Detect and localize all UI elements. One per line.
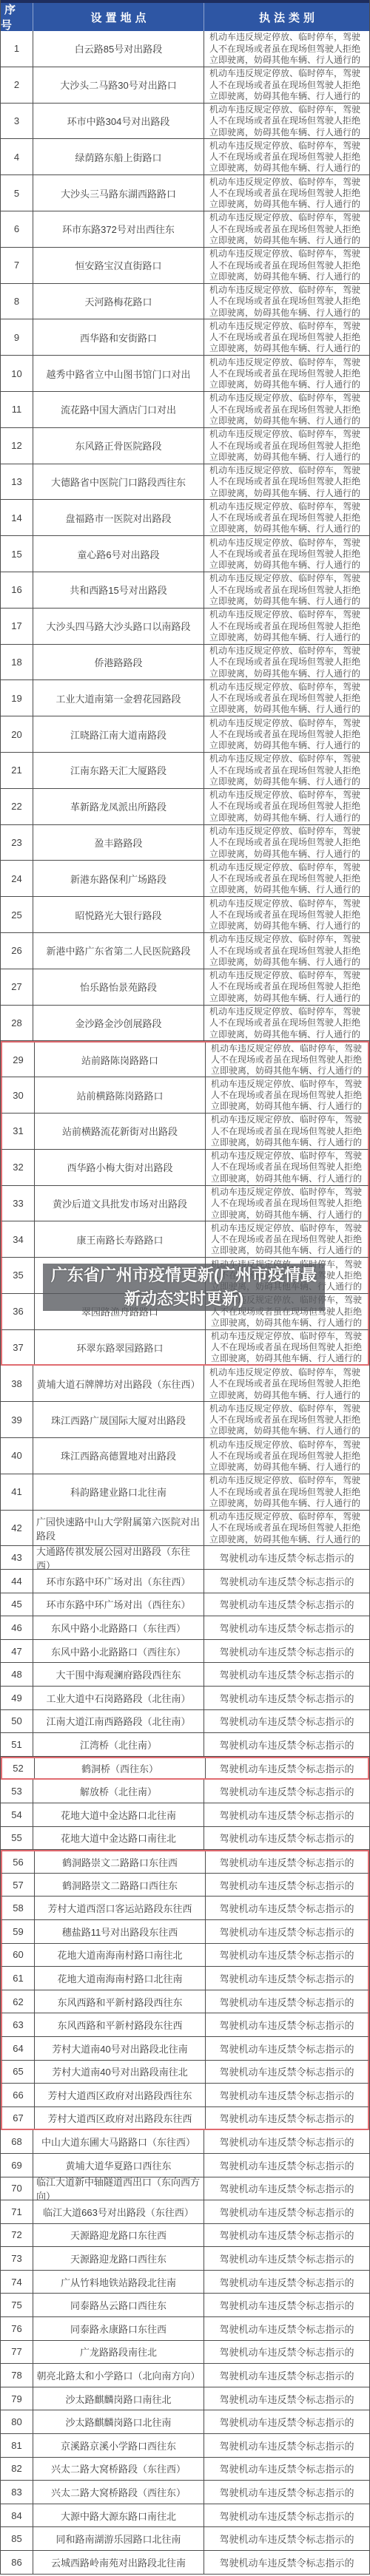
- row-category-cell: 机动车违反规定停放、临时停车，驾驶人不在现场或者虽在现场但驾驶人拒绝立即驶离，妨…: [204, 500, 369, 535]
- row-number-cell: 76: [1, 2317, 33, 2340]
- row-location-cell: 同和路南湖游乐园路口北往南: [33, 2527, 204, 2550]
- table-row: 69黄埔大道华夏路口西往东驾驶机动车违反禁令标志指示的: [1, 2154, 369, 2177]
- row-number-cell: 5: [1, 175, 33, 211]
- row-number-cell: 72: [1, 2224, 33, 2247]
- row-number-cell: 82: [1, 2458, 33, 2481]
- table-row: 68中山大道东圃大马路路口（东往西）驾驶机动车违反禁令标志指示的: [1, 2130, 369, 2154]
- row-category-cell: 驾驶机动车违反禁令标志指示的: [206, 1758, 368, 1779]
- table-row: 42广园快速路中山大学附属第六医院对出路段机动车违反规定停放、临时停车，驾驶人不…: [1, 1511, 369, 1547]
- row-number-cell: 24: [1, 861, 33, 896]
- row-category-cell: 驾驶机动车违反禁令标志指示的: [204, 2387, 369, 2410]
- table-row: 76同泰路永康路口东往西驾驶机动车违反禁令标志指示的: [1, 2317, 369, 2341]
- row-number-cell: 49: [1, 1687, 33, 1709]
- row-category-cell: 驾驶机动车违反禁令标志指示的: [206, 1990, 368, 2013]
- row-location-cell: 大沙头三马路东湖西路路口: [33, 175, 204, 211]
- row-number-cell: 68: [1, 2130, 33, 2153]
- table-row: 84大源中路大源东路口南往北驾驶机动车违反禁令标志指示的: [1, 2504, 369, 2528]
- row-number-cell: 75: [1, 2294, 33, 2316]
- row-category-cell: 驾驶机动车违反禁令标志指示的: [206, 2061, 368, 2084]
- table-row: 86云城西路岭南苑对出路段北往南驾驶机动车违反禁令标志指示的: [1, 2551, 369, 2575]
- row-location-cell: 珠江西路广晟国际大厦对出路段: [33, 1402, 204, 1437]
- table-row: 45环市东路中环广场对出（西往东）驾驶机动车违反禁令标志指示的: [1, 1593, 369, 1617]
- row-location-cell: 大沙头四马路大沙头路口以南路段: [33, 609, 204, 644]
- table-row: 28金沙路金沙创展路段机动车违反规定停放、临时停车，驾驶人不在现场或者虽在现场但…: [1, 1006, 369, 1042]
- row-number-cell: 33: [2, 1186, 35, 1221]
- row-location-cell: 芳村大道西区政府对出路段东往西: [35, 2107, 206, 2129]
- row-number-cell: 34: [2, 1221, 35, 1257]
- table-row: 34康王南路长寿路路口机动车违反规定停放、临时停车，驾驶人不在现场或者虽在现场但…: [1, 1221, 369, 1258]
- table-row: 59穗盐路11号对出路段东往西驾驶机动车违反禁令标志指示的: [1, 1920, 369, 1944]
- row-location-cell: 西华路和安街路口: [33, 319, 204, 355]
- watermark-title-line1: 广东省广州市疫情更新(广州市疫情最: [51, 1264, 317, 1287]
- table-row: 29站前路陈岗路路口机动车违反规定停放、临时停车，驾驶人不在现场或者虽在现场但驾…: [1, 1041, 369, 1077]
- table-row: 63东风西路和平新村路段东往西驾驶机动车违反禁令标志指示的: [1, 2013, 369, 2037]
- row-location-cell: 同泰路丛云路口西往东: [33, 2294, 204, 2316]
- row-number-cell: 7: [1, 248, 33, 283]
- row-location-cell: 花地大道南海南村路口北往南: [35, 1967, 206, 1990]
- row-category-cell: 驾驶机动车违反禁令标志指示的: [204, 1640, 369, 1663]
- row-location-cell: 鹤洞路崇文二路路口东往西: [35, 1851, 206, 1873]
- table-row: 24新港东路保利广场路段机动车违反规定停放、临时停车，驾驶人不在现场或者虽在现场…: [1, 861, 369, 897]
- table-row: 52鹤洞桥（西往东）驾驶机动车违反禁令标志指示的: [1, 1757, 369, 1780]
- row-location-cell: 环翠东路翠园路路口: [35, 1330, 206, 1365]
- row-category-cell: 机动车违反规定停放、临时停车，驾驶人不在现场或者虽在现场但驾驶人拒绝立即驶离，妨…: [204, 464, 369, 500]
- table-row: 11流花路中国大酒店门口对出机动车违反规定停放、临时停车，驾驶人不在现场或者虽在…: [1, 392, 369, 428]
- row-number-cell: 78: [1, 2364, 33, 2387]
- row-number-cell: 27: [1, 969, 33, 1005]
- row-location-cell: 京溪路京溪小学路口西往东: [33, 2434, 204, 2457]
- row-category-cell: 驾驶机动车违反禁令标志指示的: [204, 2410, 369, 2433]
- table-row: 26新港中路广东省第二人民医院路段机动车违反规定停放、临时停车，驾驶人不在现场或…: [1, 933, 369, 969]
- table-row: 60花地大道南海南村路口南往北驾驶机动车违反禁令标志指示的: [1, 1944, 369, 1967]
- row-number-cell: 8: [1, 284, 33, 319]
- row-category-cell: 驾驶机动车违反禁令标志指示的: [204, 2130, 369, 2153]
- row-number-cell: 46: [1, 1616, 33, 1639]
- table-row: 55花地大道中金达路口南往北驾驶机动车违反禁令标志指示的: [1, 1827, 369, 1851]
- row-number-cell: 70: [1, 2177, 33, 2200]
- row-location-cell: 共和西路15号对出路段: [33, 572, 204, 608]
- row-location-cell: 芳村大道南40号对出路段南往北: [35, 2061, 206, 2084]
- row-category-cell: 机动车违反规定停放、临时停车，驾驶人不在现场或者虽在现场但驾驶人拒绝立即驶离，妨…: [206, 1150, 368, 1185]
- row-location-cell: 童心路6号对出路段: [33, 536, 204, 572]
- table-row: 72天源路迎龙路口东往西驾驶机动车违反禁令标志指示的: [1, 2224, 369, 2248]
- row-number-cell: 42: [1, 1511, 33, 1546]
- row-category-cell: 机动车违反规定停放、临时停车，驾驶人不在现场或者虽在现场但驾驶人拒绝立即驶离，妨…: [204, 67, 369, 103]
- row-category-cell: 机动车违反规定停放、临时停车，驾驶人不在现场或者虽在现场但驾驶人拒绝立即驶离，妨…: [204, 211, 369, 247]
- table-row: 70临江大道新中轴隧道西出口（东向西方向）驾驶机动车违反禁令标志指示的: [1, 2177, 369, 2201]
- row-category-cell: 驾驶机动车违反禁令标志指示的: [206, 1851, 368, 1873]
- row-category-cell: 机动车违反规定停放、临时停车，驾驶人不在现场或者虽在现场但驾驶人拒绝立即驶离，妨…: [204, 1438, 369, 1474]
- row-category-cell: 驾驶机动车违反禁令标志指示的: [206, 1874, 368, 1897]
- table-row: 4绿荫路东船上街路口机动车违反规定停放、临时停车，驾驶人不在现场或者虽在现场但驾…: [1, 139, 369, 175]
- row-category-cell: 驾驶机动车违反禁令标志指示的: [206, 1920, 368, 1943]
- row-category-cell: 驾驶机动车违反禁令标志指示的: [204, 1710, 369, 1733]
- row-category-cell: 机动车违反规定停放、临时停车，驾驶人不在现场或者虽在现场但驾驶人拒绝立即驶离，妨…: [206, 1114, 368, 1149]
- table-row: 78朝亮北路太和小学路口（北向南方向）驾驶机动车违反禁令标志指示的: [1, 2364, 369, 2387]
- row-location-cell: 大干围中海观澜府路段西往东: [33, 1663, 204, 1686]
- row-number-cell: 12: [1, 428, 33, 464]
- row-category-cell: 机动车违反规定停放、临时停车，驾驶人不在现场或者虽在现场但驾驶人拒绝立即驶离，妨…: [204, 175, 369, 211]
- row-category-cell: 驾驶机动车违反禁令标志指示的: [204, 2458, 369, 2481]
- row-category-cell: 机动车违反规定停放、临时停车，驾驶人不在现场或者虽在现场但驾驶人拒绝立即驶离，妨…: [206, 1077, 368, 1113]
- table-row: 64芳村大道南40号对出路段北往南驾驶机动车违反禁令标志指示的: [1, 2037, 369, 2061]
- row-number-cell: 53: [1, 1780, 33, 1803]
- row-category-cell: 驾驶机动车违反禁令标志指示的: [204, 1780, 369, 1803]
- table-row: 9西华路和安街路口机动车违反规定停放、临时停车，驾驶人不在现场或者虽在现场但驾驶…: [1, 319, 369, 356]
- table-header-row: 序号 设置地点 执法类别: [1, 0, 369, 31]
- row-number-cell: 81: [1, 2434, 33, 2457]
- row-location-cell: 芳村大道西滘口客运站路段东往西: [35, 1897, 206, 1919]
- row-category-cell: 机动车违反规定停放、临时停车，驾驶人不在现场或者虽在现场但驾驶人拒绝立即驶离，妨…: [204, 645, 369, 680]
- row-location-cell: 昭悦路光大银行路段: [33, 897, 204, 932]
- row-number-cell: 26: [1, 933, 33, 969]
- table-row: 12东风路正骨医院路段机动车违反规定停放、临时停车，驾驶人不在现场或者虽在现场但…: [1, 428, 369, 464]
- row-location-cell: 花地大道中金达路口南往北: [33, 1827, 204, 1850]
- row-location-cell: 工业大道中石岗路路段（北往南）: [33, 1687, 204, 1709]
- row-number-cell: 4: [1, 139, 33, 174]
- row-number-cell: 37: [2, 1330, 35, 1365]
- row-category-cell: 机动车违反规定停放、临时停车，驾驶人不在现场或者虽在现场但驾驶人拒绝立即驶离，妨…: [204, 248, 369, 283]
- table-row: 81京溪路京溪小学路口西往东驾驶机动车违反禁令标志指示的: [1, 2434, 369, 2458]
- row-location-cell: 临江大道663号对出路段（东往西）: [33, 2200, 204, 2223]
- table-row: 14盘福路市一医院对出路段机动车违反规定停放、临时停车，驾驶人不在现场或者虽在现…: [1, 500, 369, 536]
- table-row: 53解放桥（北往南）驾驶机动车违反禁令标志指示的: [1, 1780, 369, 1803]
- row-number-cell: 67: [2, 2107, 35, 2129]
- table-row: 8天河路梅花路口机动车违反规定停放、临时停车，驾驶人不在现场或者虽在现场但驾驶人…: [1, 284, 369, 320]
- row-number-cell: 10: [1, 356, 33, 391]
- row-number-cell: 45: [1, 1593, 33, 1616]
- row-number-cell: 66: [2, 2084, 35, 2106]
- row-category-cell: 驾驶机动车违反禁令标志指示的: [206, 2084, 368, 2106]
- table-row: 66芳村大道西区政府对出路段西往东驾驶机动车违反禁令标志指示的: [1, 2084, 369, 2107]
- row-location-cell: 同泰路永康路口东往西: [33, 2317, 204, 2340]
- row-category-cell: 机动车违反规定停放、临时停车，驾驶人不在现场或者虽在现场但驾驶人拒绝立即驶离，妨…: [204, 104, 369, 139]
- row-category-cell: 机动车违反规定停放、临时停车，驾驶人不在现场或者虽在现场但驾驶人拒绝立即驶离，妨…: [204, 897, 369, 932]
- row-category-cell: 机动车违反规定停放、临时停车，驾驶人不在现场或者虽在现场但驾驶人拒绝立即驶离，妨…: [206, 1043, 368, 1077]
- row-category-cell: 机动车违反规定停放、临时停车，驾驶人不在现场或者虽在现场但驾驶人拒绝立即驶离，妨…: [204, 1006, 369, 1041]
- row-category-cell: 机动车违反规定停放、临时停车，驾驶人不在现场或者虽在现场但驾驶人拒绝立即驶离，妨…: [204, 753, 369, 788]
- table-row: 74广从竹料地铁站路段北往南驾驶机动车违反禁令标志指示的: [1, 2271, 369, 2294]
- row-location-cell: 站前横路陈岗路路口: [35, 1077, 206, 1113]
- table-row: 32西华路小梅大街对出路段机动车违反规定停放、临时停车，驾驶人不在现场或者虽在现…: [1, 1150, 369, 1186]
- table-row: 85同和路南湖游乐园路口北往南驾驶机动车违反禁令标志指示的: [1, 2527, 369, 2551]
- row-number-cell: 71: [1, 2200, 33, 2223]
- row-category-cell: 机动车违反规定停放、临时停车，驾驶人不在现场或者虽在现场但驾驶人拒绝立即驶离，妨…: [204, 609, 369, 644]
- row-location-cell: 天河路梅花路口: [33, 284, 204, 319]
- table-row: 73天源路迎龙路口西往东驾驶机动车违反禁令标志指示的: [1, 2247, 369, 2271]
- row-number-cell: 15: [1, 536, 33, 572]
- table-row: 79沙太路麒麟岗路口南往北驾驶机动车违反禁令标志指示的: [1, 2387, 369, 2411]
- table-row: 17大沙头四马路大沙头路口以南路段机动车违反规定停放、临时停车，驾驶人不在现场或…: [1, 609, 369, 645]
- row-category-cell: 驾驶机动车违反禁令标志指示的: [204, 2527, 369, 2550]
- row-location-cell: 大德路省中医院门口路段西往东: [33, 464, 204, 500]
- row-location-cell: 大源中路大源东路口南往北: [33, 2504, 204, 2527]
- row-category-cell: 驾驶机动车违反禁令标志指示的: [204, 2364, 369, 2387]
- row-number-cell: 69: [1, 2154, 33, 2177]
- row-category-cell: 机动车违反规定停放、临时停车，驾驶人不在现场或者虽在现场但驾驶人拒绝立即驶离，妨…: [204, 31, 369, 67]
- row-number-cell: 1: [1, 31, 33, 67]
- row-location-cell: 黄沙后道文具批发市场对出路段: [35, 1186, 206, 1221]
- row-number-cell: 31: [2, 1114, 35, 1149]
- row-location-cell: 怡乐路怡景苑路段: [33, 969, 204, 1005]
- table-row: 38黄埔大道石牌牌坊对出路段（东往西）机动车违反规定停放、临时停车，驾驶人不在现…: [1, 1366, 369, 1402]
- table-row: 33黄沙后道文具批发市场对出路段机动车违反规定停放、临时停车，驾驶人不在现场或者…: [1, 1186, 369, 1222]
- row-category-cell: 机动车违反规定停放、临时停车，驾驶人不在现场或者虽在现场但驾驶人拒绝立即驶离，妨…: [204, 392, 369, 427]
- row-location-cell: 盘福路市一医院对出路段: [33, 500, 204, 535]
- row-location-cell: 中山大道东圃大马路路口（东往西）: [33, 2130, 204, 2153]
- row-category-cell: 驾驶机动车违反禁令标志指示的: [204, 1733, 369, 1756]
- table-row: 57鹤洞路崇文二路路口西往东驾驶机动车违反禁令标志指示的: [1, 1874, 369, 1897]
- row-location-cell: 站前横路流花新街对出路段: [35, 1114, 206, 1149]
- header-cell-number: 序号: [1, 3, 33, 31]
- row-location-cell: 工业大道南第一金碧花园路段: [33, 680, 204, 716]
- row-number-cell: 59: [2, 1920, 35, 1943]
- row-number-cell: 17: [1, 609, 33, 644]
- row-location-cell: 云城西路岭南苑对出路段北往南: [33, 2551, 204, 2574]
- row-location-cell: 江南东路天汇大厦路段: [33, 753, 204, 788]
- row-category-cell: 驾驶机动车违反禁令标志指示的: [204, 2504, 369, 2527]
- row-location-cell: 广从竹料地铁站路段北往南: [33, 2271, 204, 2294]
- row-number-cell: 16: [1, 572, 33, 608]
- row-number-cell: 80: [1, 2410, 33, 2433]
- row-location-cell: 环市中路304号对出路段: [33, 104, 204, 139]
- row-category-cell: 驾驶机动车违反禁令标志指示的: [204, 1827, 369, 1850]
- row-location-cell: 广园快速路中山大学附属第六医院对出路段: [33, 1511, 204, 1546]
- row-category-cell: 机动车违反规定停放、临时停车，驾驶人不在现场或者虽在现场但驾驶人拒绝立即驶离，妨…: [204, 680, 369, 716]
- enforcement-locations-table: 序号 设置地点 执法类别 1白云路85号对出路段机动车违反规定停放、临时停车，驾…: [0, 0, 370, 2575]
- row-number-cell: 52: [2, 1758, 35, 1779]
- row-category-cell: 驾驶机动车违反禁令标志指示的: [204, 1546, 369, 1569]
- header-cell-category: 执法类别: [204, 3, 369, 31]
- row-location-cell: 沙太路麒麟岗路口北往南: [33, 2410, 204, 2433]
- row-number-cell: 85: [1, 2527, 33, 2550]
- row-location-cell: 东风西路和平新村路段西往东: [35, 1990, 206, 2013]
- watermark-title-line2: 新动态实时更新): [124, 1287, 243, 1311]
- row-category-cell: 驾驶机动车违反禁令标志指示的: [204, 1570, 369, 1593]
- row-location-cell: 流花路中国大酒店门口对出: [33, 392, 204, 427]
- row-category-cell: 驾驶机动车违反禁令标志指示的: [204, 2434, 369, 2457]
- row-number-cell: 18: [1, 645, 33, 680]
- row-number-cell: 38: [1, 1366, 33, 1401]
- table-row: 56鹤洞路崇文二路路口东往西驾驶机动车违反禁令标志指示的: [1, 1850, 369, 1874]
- row-location-cell: 花地大道南海南村路口南往北: [35, 1944, 206, 1967]
- table-row: 16共和西路15号对出路段机动车违反规定停放、临时停车，驾驶人不在现场或者虽在现…: [1, 572, 369, 609]
- row-category-cell: 驾驶机动车违反禁令标志指示的: [204, 1616, 369, 1639]
- table-row: 49工业大道中石岗路路段（北往南）驾驶机动车违反禁令标志指示的: [1, 1687, 369, 1710]
- table-row: 77广龙路路段南往北驾驶机动车违反禁令标志指示的: [1, 2341, 369, 2365]
- row-location-cell: 白云路85号对出路段: [33, 31, 204, 67]
- table-row: 71临江大道663号对出路段（东往西）驾驶机动车违反禁令标志指示的: [1, 2200, 369, 2224]
- row-number-cell: 57: [2, 1874, 35, 1897]
- row-number-cell: 20: [1, 716, 33, 752]
- row-number-cell: 11: [1, 392, 33, 427]
- row-category-cell: 驾驶机动车违反禁令标志指示的: [204, 1803, 369, 1826]
- row-category-cell: 机动车违反规定停放、临时停车，驾驶人不在现场或者虽在现场但驾驶人拒绝立即驶离，妨…: [204, 861, 369, 896]
- row-category-cell: 驾驶机动车违反禁令标志指示的: [204, 2224, 369, 2247]
- row-number-cell: 35: [2, 1258, 35, 1293]
- row-location-cell: 黄埔大道华夏路口西往东: [33, 2154, 204, 2177]
- row-category-cell: 机动车违反规定停放、临时停车，驾驶人不在现场或者虽在现场但驾驶人拒绝立即驶离，妨…: [204, 933, 369, 969]
- row-category-cell: 机动车违反规定停放、临时停车，驾驶人不在现场或者虽在现场但驾驶人拒绝立即驶离，妨…: [204, 284, 369, 319]
- row-category-cell: 驾驶机动车违反禁令标志指示的: [204, 1593, 369, 1616]
- row-category-cell: 机动车违反规定停放、临时停车，驾驶人不在现场或者虽在现场但驾驶人拒绝立即驶离，妨…: [204, 1474, 369, 1510]
- table-row: 25昭悦路光大银行路段机动车违反规定停放、临时停车，驾驶人不在现场或者虽在现场但…: [1, 897, 369, 933]
- row-category-cell: 机动车违反规定停放、临时停车，驾驶人不在现场或者虽在现场但驾驶人拒绝立即驶离，妨…: [206, 1186, 368, 1221]
- row-number-cell: 19: [1, 680, 33, 716]
- row-location-cell: 天源路迎龙路口东往西: [33, 2224, 204, 2247]
- row-number-cell: 3: [1, 104, 33, 139]
- row-number-cell: 60: [2, 1944, 35, 1967]
- header-cell-location: 设置地点: [33, 3, 204, 31]
- row-category-cell: 驾驶机动车违反禁令标志指示的: [204, 2154, 369, 2177]
- row-location-cell: 江晓路江南大道南路段: [33, 716, 204, 752]
- row-location-cell: 西华路小梅大街对出路段: [35, 1150, 206, 1185]
- row-category-cell: 驾驶机动车违反禁令标志指示的: [204, 2551, 369, 2574]
- row-number-cell: 43: [1, 1546, 33, 1569]
- row-number-cell: 47: [1, 1640, 33, 1663]
- table-row: 46东风中路小北路路口（东往西）驾驶机动车违反禁令标志指示的: [1, 1616, 369, 1640]
- row-category-cell: 机动车违反规定停放、临时停车，驾驶人不在现场或者虽在现场但驾驶人拒绝立即驶离，妨…: [204, 1366, 369, 1401]
- row-location-cell: 江湾桥（北往南）: [33, 1733, 204, 1756]
- watermark-title-overlay: 广东省广州市疫情更新(广州市疫情最 新动态实时更新): [43, 1264, 325, 1311]
- table-row: 67芳村大道西区政府对出路段东往西驾驶机动车违反禁令标志指示的: [1, 2107, 369, 2131]
- row-location-cell: 东风中路小北路路口（东往西）: [33, 1616, 204, 1639]
- row-category-cell: 机动车违反规定停放、临时停车，驾驶人不在现场或者虽在现场但驾驶人拒绝立即驶离，妨…: [204, 536, 369, 572]
- table-row: 51江湾桥（北往南）驾驶机动车违反禁令标志指示的: [1, 1733, 369, 1757]
- row-location-cell: 东风西路和平新村路段东往西: [35, 2013, 206, 2036]
- row-category-cell: 驾驶机动车违反禁令标志指示的: [204, 2200, 369, 2223]
- row-category-cell: 机动车违反规定停放、临时停车，驾驶人不在现场或者虽在现场但驾驶人拒绝立即驶离，妨…: [204, 572, 369, 608]
- row-location-cell: 珠江西路高德置地对出路段: [33, 1438, 204, 1474]
- row-location-cell: 芳村大道南40号对出路段北往南: [35, 2037, 206, 2060]
- row-location-cell: 新港东路保利广场路段: [33, 861, 204, 896]
- table-row: 22革新路龙凤派出所路段机动车违反规定停放、临时停车，驾驶人不在现场或者虽在现场…: [1, 789, 369, 825]
- row-location-cell: 侨港路路段: [33, 645, 204, 680]
- table-row: 62东风西路和平新村路段西往东驾驶机动车违反禁令标志指示的: [1, 1990, 369, 2014]
- row-location-cell: 革新路龙凤派出所路段: [33, 789, 204, 824]
- table-row: 10越秀中路省立中山图书馆门口对出机动车违反规定停放、临时停车，驾驶人不在现场或…: [1, 356, 369, 392]
- table-row: 44环市东路中环广场对出（东往西）驾驶机动车违反禁令标志指示的: [1, 1570, 369, 1593]
- row-category-cell: 驾驶机动车违反禁令标志指示的: [204, 2247, 369, 2270]
- row-category-cell: 机动车违反规定停放、临时停车，驾驶人不在现场或者虽在现场但驾驶人拒绝立即驶离，妨…: [204, 356, 369, 391]
- row-category-cell: 驾驶机动车违反禁令标志指示的: [206, 2107, 368, 2129]
- table-row: 5大沙头三马路东湖西路路口机动车违反规定停放、临时停车，驾驶人不在现场或者虽在现…: [1, 175, 369, 211]
- row-number-cell: 44: [1, 1570, 33, 1593]
- row-number-cell: 79: [1, 2387, 33, 2410]
- row-category-cell: 驾驶机动车违反禁令标志指示的: [204, 2294, 369, 2316]
- row-number-cell: 61: [2, 1967, 35, 1990]
- table-row: 2大沙头二马路30号对出路口机动车违反规定停放、临时停车，驾驶人不在现场或者虽在…: [1, 67, 369, 104]
- table-row: 39珠江西路广晟国际大厦对出路段机动车违反规定停放、临时停车，驾驶人不在现场或者…: [1, 1402, 369, 1438]
- row-number-cell: 64: [2, 2037, 35, 2060]
- table-row: 6环市东路372号对出西往东机动车违反规定停放、临时停车，驾驶人不在现场或者虽在…: [1, 211, 369, 248]
- row-number-cell: 25: [1, 897, 33, 932]
- row-location-cell: 兴太二路大窝桥路段（西往东）: [33, 2481, 204, 2504]
- row-number-cell: 6: [1, 211, 33, 247]
- row-number-cell: 23: [1, 825, 33, 861]
- table-row: 19工业大道南第一金碧花园路段机动车违反规定停放、临时停车，驾驶人不在现场或者虽…: [1, 680, 369, 716]
- row-number-cell: 9: [1, 319, 33, 355]
- table-row: 75同泰路丛云路口西往东驾驶机动车违反禁令标志指示的: [1, 2294, 369, 2317]
- row-number-cell: 55: [1, 1827, 33, 1850]
- table-row: 65芳村大道南40号对出路段南往北驾驶机动车违反禁令标志指示的: [1, 2061, 369, 2084]
- row-category-cell: 驾驶机动车违反禁令标志指示的: [206, 1967, 368, 1990]
- enforcement-locations-page: 序号 设置地点 执法类别 1白云路85号对出路段机动车违反规定停放、临时停车，驾…: [0, 0, 370, 2575]
- row-location-cell: 金沙路金沙创展路段: [33, 1006, 204, 1041]
- row-location-cell: 芳村大道西区政府对出路段西往东: [35, 2084, 206, 2106]
- row-category-cell: 驾驶机动车违反禁令标志指示的: [204, 1663, 369, 1686]
- row-location-cell: 科韵路建业路口北往南: [33, 1474, 204, 1510]
- row-number-cell: 13: [1, 464, 33, 500]
- table-row: 50江南大道江南西路路段（北往南）驾驶机动车违反禁令标志指示的: [1, 1710, 369, 1734]
- row-category-cell: 驾驶机动车违反禁令标志指示的: [206, 1897, 368, 1919]
- row-category-cell: 驾驶机动车违反禁令标志指示的: [204, 2481, 369, 2504]
- table-row: 31站前横路流花新街对出路段机动车违反规定停放、临时停车，驾驶人不在现场或者虽在…: [1, 1114, 369, 1150]
- row-category-cell: 驾驶机动车违反禁令标志指示的: [204, 2341, 369, 2364]
- row-location-cell: 临江大道新中轴隧道西出口（东向西方向）: [33, 2177, 204, 2200]
- row-category-cell: 驾驶机动车违反禁令标志指示的: [206, 1944, 368, 1967]
- row-category-cell: 驾驶机动车违反禁令标志指示的: [204, 2177, 369, 2200]
- table-row: 27怡乐路怡景苑路段机动车违反规定停放、临时停车，驾驶人不在现场或者虽在现场但驾…: [1, 969, 369, 1006]
- table-row: 15童心路6号对出路段机动车违反规定停放、临时停车，驾驶人不在现场或者虽在现场但…: [1, 536, 369, 572]
- row-location-cell: 环市东路中环广场对出（西往东）: [33, 1593, 204, 1616]
- row-number-cell: 74: [1, 2271, 33, 2294]
- row-category-cell: 驾驶机动车违反禁令标志指示的: [204, 1687, 369, 1709]
- row-location-cell: 环市东路中环广场对出（东往西）: [33, 1570, 204, 1593]
- row-location-cell: 鹤洞桥（西往东）: [35, 1758, 206, 1779]
- row-category-cell: 机动车违反规定停放、临时停车，驾驶人不在现场或者虽在现场但驾驶人拒绝立即驶离，妨…: [206, 1221, 368, 1257]
- table-row: 7恒安路宝汉直街路口机动车违反规定停放、临时停车，驾驶人不在现场或者虽在现场但驾…: [1, 248, 369, 284]
- row-category-cell: 机动车违反规定停放、临时停车，驾驶人不在现场或者虽在现场但驾驶人拒绝立即驶离，妨…: [204, 319, 369, 355]
- row-location-cell: 天源路迎龙路口西往东: [33, 2247, 204, 2270]
- row-category-cell: 驾驶机动车违反禁令标志指示的: [206, 2013, 368, 2036]
- table-row: 30站前横路陈岗路路口机动车违反规定停放、临时停车，驾驶人不在现场或者虽在现场但…: [1, 1077, 369, 1114]
- table-row: 23盈丰路路段机动车违反规定停放、临时停车，驾驶人不在现场或者虽在现场但驾驶人拒…: [1, 825, 369, 861]
- row-location-cell: 东风中路小北路路口（西往东）: [33, 1640, 204, 1663]
- row-location-cell: 大通路传祺发展公园对出路段（东往西）: [33, 1546, 204, 1569]
- row-number-cell: 29: [2, 1043, 35, 1077]
- row-location-cell: 兴太二路大窝桥路段（东往西）: [33, 2458, 204, 2481]
- row-number-cell: 50: [1, 1710, 33, 1733]
- row-location-cell: 环市东路372号对出西往东: [33, 211, 204, 247]
- table-row: 82兴太二路大窝桥路段（东往西）驾驶机动车违反禁令标志指示的: [1, 2458, 369, 2481]
- row-category-cell: 机动车违反规定停放、临时停车，驾驶人不在现场或者虽在现场但驾驶人拒绝立即驶离，妨…: [204, 789, 369, 824]
- row-location-cell: 越秀中路省立中山图书馆门口对出: [33, 356, 204, 391]
- row-number-cell: 39: [1, 1402, 33, 1437]
- table-row: 18侨港路路段机动车违反规定停放、临时停车，驾驶人不在现场或者虽在现场但驾驶人拒…: [1, 645, 369, 681]
- row-number-cell: 48: [1, 1663, 33, 1686]
- table-row: 54花地大道中金达路口北往南驾驶机动车违反禁令标志指示的: [1, 1803, 369, 1827]
- row-location-cell: 新港中路广东省第二人民医院路段: [33, 933, 204, 969]
- table-row: 41科韵路建业路口北往南机动车违反规定停放、临时停车，驾驶人不在现场或者虽在现场…: [1, 1474, 369, 1511]
- row-location-cell: 黄埔大道石牌牌坊对出路段（东往西）: [33, 1366, 204, 1401]
- table-row: 80沙太路麒麟岗路口北往南驾驶机动车违反禁令标志指示的: [1, 2410, 369, 2434]
- row-location-cell: 绿荫路东船上街路口: [33, 139, 204, 174]
- row-category-cell: 机动车违反规定停放、临时停车，驾驶人不在现场或者虽在现场但驾驶人拒绝立即驶离，妨…: [204, 1511, 369, 1546]
- row-category-cell: 机动车违反规定停放、临时停车，驾驶人不在现场或者虽在现场但驾驶人拒绝立即驶离，妨…: [206, 1330, 368, 1365]
- table-row: 1白云路85号对出路段机动车违反规定停放、临时停车，驾驶人不在现场或者虽在现场但…: [1, 31, 369, 67]
- table-row: 83兴太二路大窝桥路段（西往东）驾驶机动车违反禁令标志指示的: [1, 2481, 369, 2504]
- row-category-cell: 机动车违反规定停放、临时停车，驾驶人不在现场或者虽在现场但驾驶人拒绝立即驶离，妨…: [204, 1402, 369, 1437]
- row-location-cell: 康王南路长寿路路口: [35, 1221, 206, 1257]
- row-number-cell: 40: [1, 1438, 33, 1474]
- row-number-cell: 84: [1, 2504, 33, 2527]
- row-number-cell: 41: [1, 1474, 33, 1510]
- row-location-cell: 解放桥（北往南）: [33, 1780, 204, 1803]
- table-row: 13大德路省中医院门口路段西往东机动车违反规定停放、临时停车，驾驶人不在现场或者…: [1, 464, 369, 501]
- row-category-cell: 机动车违反规定停放、临时停车，驾驶人不在现场或者虽在现场但驾驶人拒绝立即驶离，妨…: [204, 825, 369, 861]
- row-location-cell: 大沙头二马路30号对出路口: [33, 67, 204, 103]
